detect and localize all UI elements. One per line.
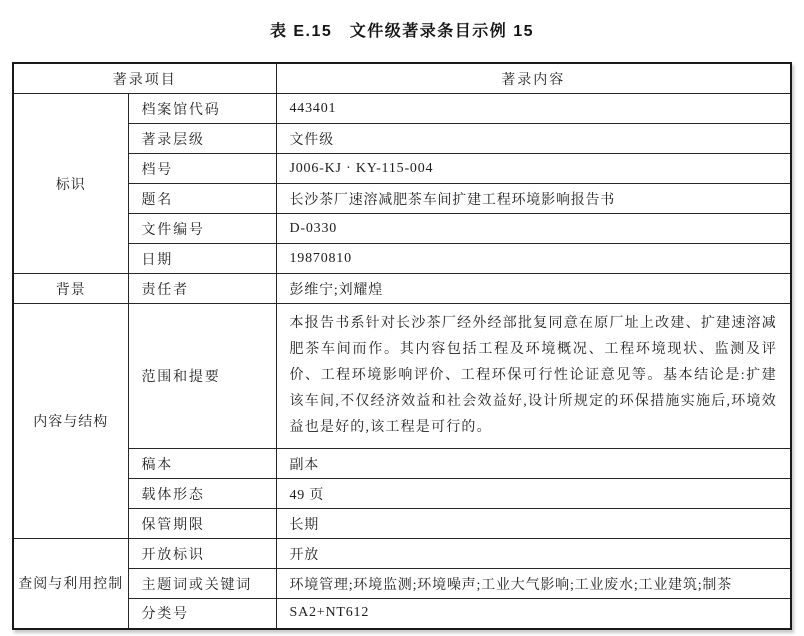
document-page: { "page": { "title": "表 E.15 文件级著录条目示例 1…: [0, 0, 804, 636]
item-label: 开放标识: [128, 539, 276, 569]
table-row: 题名 长沙茶厂速溶减肥茶车间扩建工程环境影响报告书: [13, 184, 791, 214]
group-label-content-structure: 内容与结构: [13, 304, 128, 539]
group-label-context: 背景: [13, 274, 128, 304]
item-label: 文件编号: [128, 214, 276, 244]
item-value: 副本: [276, 449, 791, 479]
item-value: 开放: [276, 539, 791, 569]
item-value: 49 页: [276, 479, 791, 509]
table-row: 保管期限 长期: [13, 509, 791, 539]
table-header-row: 著录项目 著录内容: [13, 63, 791, 94]
item-value: J006-KJ · KY-115-004: [276, 154, 791, 184]
page-title: 表 E.15 文件级著录条目示例 15: [0, 18, 804, 41]
item-value: 环境管理;环境监测;环境噪声;工业大气影响;工业废水;工业建筑;制茶: [276, 569, 791, 599]
item-label: 档号: [128, 154, 276, 184]
item-value: 长沙茶厂速溶减肥茶车间扩建工程环境影响报告书: [276, 184, 791, 214]
item-label: 题名: [128, 184, 276, 214]
item-value: 文件级: [276, 124, 791, 154]
item-value: SA2+NT612: [276, 599, 791, 629]
item-value: D-0330: [276, 214, 791, 244]
header-items-label: 著录项目: [13, 63, 276, 94]
item-label: 载体形态: [128, 479, 276, 509]
item-label: 责任者: [128, 274, 276, 304]
table-row: 查阅与利用控制 开放标识 开放: [13, 539, 791, 569]
table-row: 主题词或关键词 环境管理;环境监测;环境噪声;工业大气影响;工业废水;工业建筑;…: [13, 569, 791, 599]
item-value: 长期: [276, 509, 791, 539]
item-label: 稿本: [128, 449, 276, 479]
table-row: 日期 19870810: [13, 244, 791, 274]
group-label-identity: 标识: [13, 94, 128, 274]
item-value: 19870810: [276, 244, 791, 274]
table-row: 背景 责任者 彭维宁;刘耀煌: [13, 274, 791, 304]
item-label: 范围和提要: [128, 304, 276, 449]
table-row: 分类号 SA2+NT612: [13, 599, 791, 629]
group-label-access-control: 查阅与利用控制: [13, 539, 128, 629]
item-label: 分类号: [128, 599, 276, 629]
table-row: 内容与结构 范围和提要 本报告书系针对长沙茶厂经外经部批复同意在原厂址上改建、扩…: [13, 304, 791, 449]
item-value-abstract: 本报告书系针对长沙茶厂经外经部批复同意在原厂址上改建、扩建速溶减肥茶车间而作。其…: [276, 304, 791, 449]
archival-description-table: 著录项目 著录内容 标识 档案馆代码 443401 著录层级 文件级 档号 J0…: [12, 62, 792, 630]
table-row: 标识 档案馆代码 443401: [13, 94, 791, 124]
item-value: 443401: [276, 94, 791, 124]
table-row: 载体形态 49 页: [13, 479, 791, 509]
item-label: 档案馆代码: [128, 94, 276, 124]
item-label: 主题词或关键词: [128, 569, 276, 599]
table-row: 稿本 副本: [13, 449, 791, 479]
table-row: 档号 J006-KJ · KY-115-004: [13, 154, 791, 184]
item-label: 日期: [128, 244, 276, 274]
item-value: 彭维宁;刘耀煌: [276, 274, 791, 304]
table-row: 著录层级 文件级: [13, 124, 791, 154]
table-row: 文件编号 D-0330: [13, 214, 791, 244]
item-label: 保管期限: [128, 509, 276, 539]
item-label: 著录层级: [128, 124, 276, 154]
header-content-label: 著录内容: [276, 63, 791, 94]
